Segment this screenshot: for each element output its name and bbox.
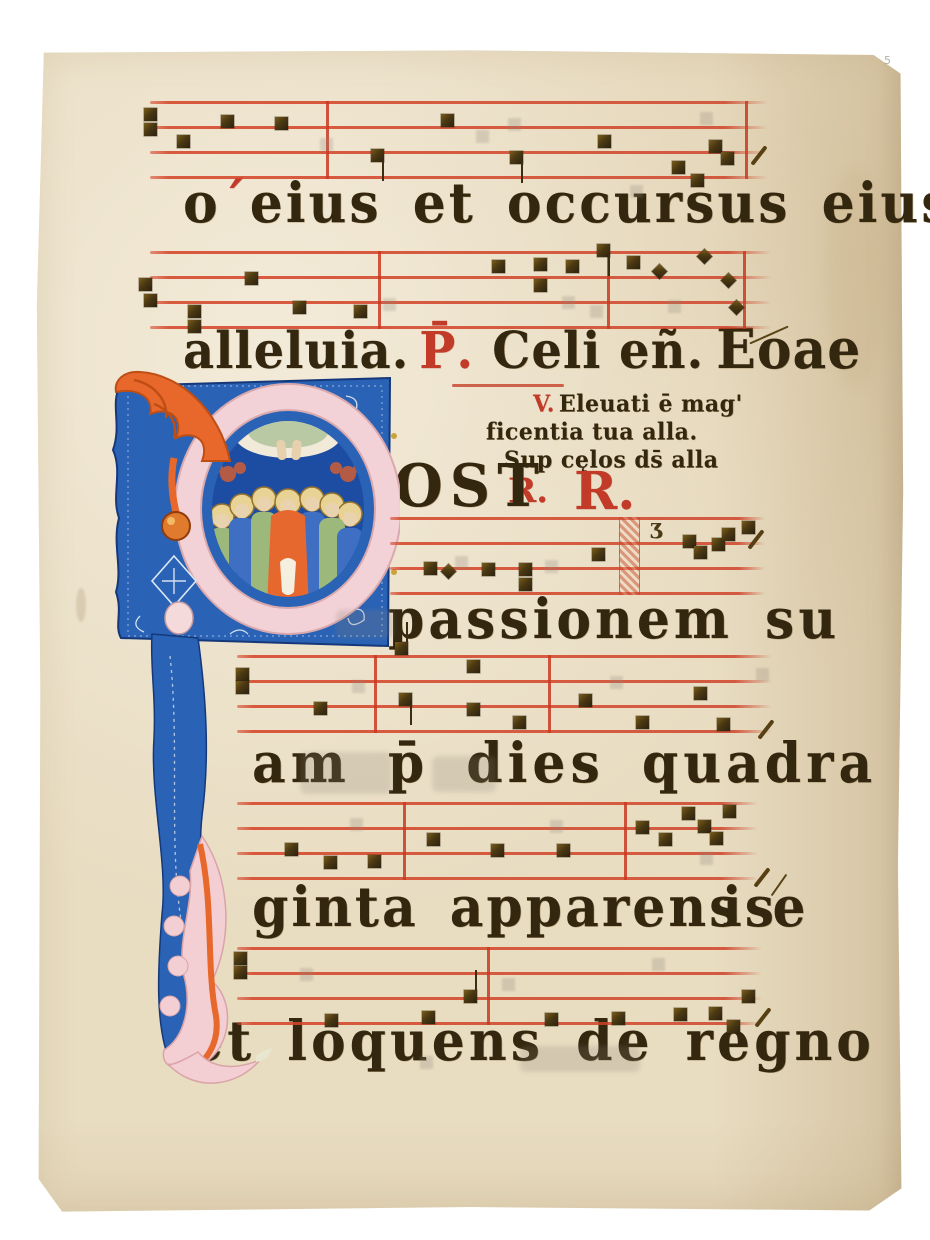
neume xyxy=(742,990,755,1003)
staff-line xyxy=(237,947,762,950)
neume xyxy=(742,521,755,534)
staff-line xyxy=(150,126,768,129)
neume xyxy=(314,702,327,715)
neume xyxy=(399,693,412,706)
chant-text-line: o´eius et occursus eius xyxy=(183,176,930,231)
neume xyxy=(144,123,157,136)
show-through-text xyxy=(520,1046,640,1072)
neume xyxy=(682,807,695,820)
show-through-neume xyxy=(320,138,333,151)
show-through-neume xyxy=(700,852,713,865)
show-through-text xyxy=(432,756,496,792)
neume xyxy=(325,1014,338,1027)
neume xyxy=(464,990,477,1003)
staff-divider-ornament xyxy=(619,517,640,595)
show-through-text xyxy=(336,610,394,638)
neume xyxy=(424,562,437,575)
staff-line xyxy=(237,1022,762,1025)
psalm-rubric-sign: P̄. xyxy=(419,321,474,380)
neume xyxy=(188,305,201,318)
stem-orb xyxy=(165,602,193,634)
neume xyxy=(636,716,649,729)
neume xyxy=(592,548,605,561)
show-through-neume xyxy=(700,112,713,125)
staff-barline xyxy=(548,655,551,733)
show-through-neume xyxy=(668,300,681,313)
neume xyxy=(534,258,547,271)
show-through-neume xyxy=(476,130,489,143)
neume xyxy=(636,821,649,834)
show-through-neume xyxy=(383,298,396,311)
neume xyxy=(710,832,723,845)
neume xyxy=(491,844,504,857)
neume xyxy=(467,703,480,716)
staff-barline xyxy=(378,251,381,329)
stem-ball-knot xyxy=(162,512,190,540)
show-through-neume xyxy=(420,1056,433,1069)
illuminated-initial-P xyxy=(110,366,400,1100)
rubric-text: Eleuati ē mag' xyxy=(559,390,743,417)
staff-line xyxy=(150,276,772,279)
neume xyxy=(709,1007,722,1020)
staff-line xyxy=(390,592,765,595)
staff-barline xyxy=(745,101,748,179)
show-through-neume xyxy=(590,305,603,318)
neume xyxy=(727,1020,740,1033)
neume xyxy=(139,278,152,291)
versicle-sign: V. xyxy=(533,390,555,417)
neume xyxy=(627,256,640,269)
neume xyxy=(694,687,707,700)
curl-tip xyxy=(256,1048,272,1062)
red-accent: ´ xyxy=(221,171,250,236)
show-through-neume xyxy=(502,978,515,991)
neume xyxy=(293,301,306,314)
show-through-neume xyxy=(550,820,563,833)
show-through-neume xyxy=(350,818,363,831)
neume xyxy=(492,260,505,273)
neume xyxy=(674,1008,687,1021)
neume xyxy=(285,843,298,856)
rubric-line: ficentia tua alla. xyxy=(486,420,698,443)
show-through-neume xyxy=(756,668,769,681)
neume xyxy=(275,117,288,130)
staff-barline xyxy=(743,251,746,329)
show-through-neume xyxy=(300,968,313,981)
show-through-neume xyxy=(630,185,643,198)
neume xyxy=(721,152,734,165)
staff-line xyxy=(150,176,768,179)
neume xyxy=(672,161,685,174)
show-through-neume xyxy=(352,680,365,693)
neume xyxy=(368,855,381,868)
staff-barline xyxy=(403,802,406,880)
response-sign-large: R. xyxy=(574,466,635,518)
staff-line xyxy=(150,101,768,104)
stain xyxy=(76,588,86,622)
staff-line xyxy=(150,151,768,154)
chant-text-line: OST xyxy=(394,457,546,516)
neume xyxy=(177,135,190,148)
show-through-neume xyxy=(652,958,665,971)
neume xyxy=(534,279,547,292)
syllable: o xyxy=(183,171,221,236)
show-through-neume xyxy=(455,556,468,569)
staff-line xyxy=(150,326,772,329)
neume xyxy=(598,135,611,148)
staff-barline xyxy=(374,655,377,733)
neume xyxy=(519,563,532,576)
neume xyxy=(354,305,367,318)
neume xyxy=(234,966,247,979)
neume xyxy=(519,578,532,591)
manuscript-photo: o´eius et occursus eius alleluia.P̄.Celi… xyxy=(0,0,930,1240)
show-through-text xyxy=(300,752,392,794)
show-through-neume xyxy=(610,676,623,689)
chant-text-line: is xyxy=(722,880,777,935)
chant-text-line: passionem su xyxy=(388,592,840,647)
neume xyxy=(221,115,234,128)
staff-line xyxy=(237,972,762,975)
staff-line xyxy=(237,730,772,733)
staff-line xyxy=(150,251,772,254)
neume xyxy=(371,149,384,162)
staff-line xyxy=(237,802,758,805)
neume xyxy=(659,833,672,846)
clef-icon: ʒ xyxy=(650,514,662,539)
neume xyxy=(395,642,408,655)
neume xyxy=(545,1013,558,1026)
neume xyxy=(597,244,610,257)
corner-mark: 5 xyxy=(884,54,891,67)
neume xyxy=(612,1012,625,1025)
neume xyxy=(467,660,480,673)
psalm-incipit: Celi eñ. xyxy=(492,321,704,380)
staff-line xyxy=(237,827,758,830)
gold-dot xyxy=(391,433,397,439)
staff-line xyxy=(390,517,765,520)
neume xyxy=(566,260,579,273)
neume xyxy=(144,294,157,307)
neume xyxy=(427,833,440,846)
staff-line xyxy=(237,877,758,880)
staff-line xyxy=(237,655,772,658)
staff-line xyxy=(237,997,762,1000)
neume xyxy=(722,528,735,541)
show-through-neume xyxy=(545,560,558,573)
staff-barline xyxy=(624,802,627,880)
neume xyxy=(324,856,337,869)
neume xyxy=(510,151,523,164)
staff-line xyxy=(390,542,765,545)
neume xyxy=(236,681,249,694)
neume xyxy=(513,716,526,729)
neume xyxy=(422,1011,435,1024)
staff-line xyxy=(237,680,772,683)
chant-text: eius et occursus eius xyxy=(250,171,930,236)
neume xyxy=(441,114,454,127)
rubric-line: V.Eleuati ē mag' xyxy=(533,392,743,415)
neume xyxy=(482,563,495,576)
show-through-neume xyxy=(562,296,575,309)
neume xyxy=(234,952,247,965)
neume xyxy=(723,805,736,818)
neume xyxy=(694,546,707,559)
neume xyxy=(188,320,201,333)
neume xyxy=(691,174,704,187)
neume xyxy=(579,694,592,707)
neume xyxy=(144,108,157,121)
rubric-underline xyxy=(452,384,564,387)
neume xyxy=(245,272,258,285)
neume xyxy=(236,668,249,681)
neume xyxy=(557,844,570,857)
neume xyxy=(717,718,730,731)
staff-barline xyxy=(487,947,490,1025)
show-through-neume xyxy=(508,118,521,131)
